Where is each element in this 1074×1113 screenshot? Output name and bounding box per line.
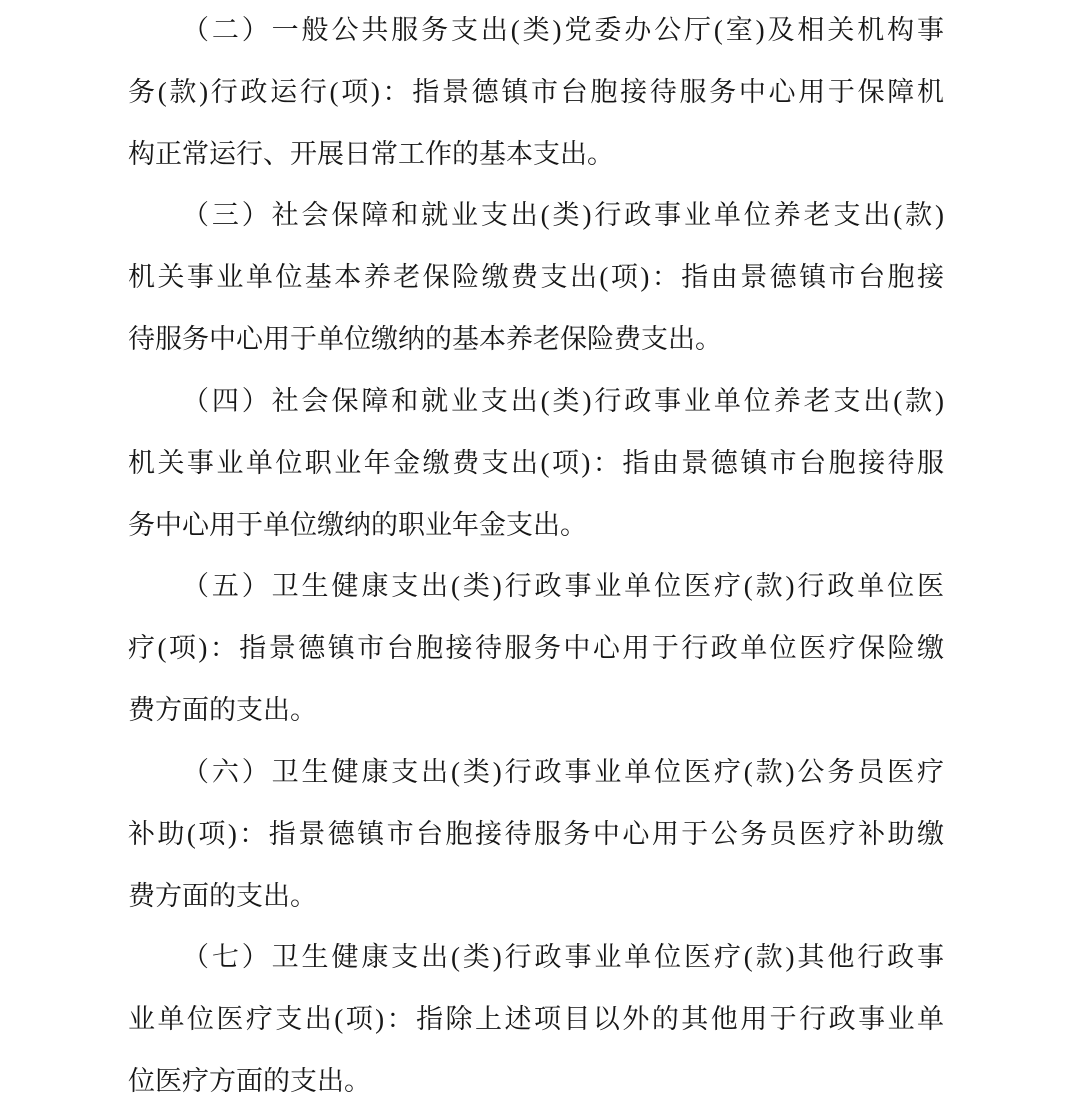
- document-body: （二）一般公共服务支出(类)党委办公厅(室)及相关机构事务(款)行政运行(项)：…: [128, 0, 944, 1113]
- paragraph: （七）卫生健康支出(类)行政事业单位医疗(款)其他行政事业单位医疗支出(项)：指…: [128, 927, 944, 1112]
- text-line: （六）卫生健康支出(类)行政事业单位医疗(款)公务员医疗: [128, 742, 944, 804]
- text-line: 构正常运行、开展日常工作的基本支出。: [128, 124, 944, 186]
- text-line: 务(款)行政运行(项)：指景德镇市台胞接待服务中心用于保障机: [128, 62, 944, 124]
- paragraph: （三）社会保障和就业支出(类)行政事业单位养老支出(款)机关事业单位基本养老保险…: [128, 185, 944, 370]
- text-line: （七）卫生健康支出(类)行政事业单位医疗(款)其他行政事: [128, 927, 944, 989]
- text-line: （四）社会保障和就业支出(类)行政事业单位养老支出(款): [128, 371, 944, 433]
- text-line: 费方面的支出。: [128, 866, 944, 928]
- text-line: 费方面的支出。: [128, 680, 944, 742]
- text-line: 机关事业单位职业年金缴费支出(项)：指由景德镇市台胞接待服: [128, 433, 944, 495]
- document-page: （二）一般公共服务支出(类)党委办公厅(室)及相关机构事务(款)行政运行(项)：…: [0, 0, 1074, 1113]
- text-line: 补助(项)：指景德镇市台胞接待服务中心用于公务员医疗补助缴: [128, 804, 944, 866]
- paragraph: （二）一般公共服务支出(类)党委办公厅(室)及相关机构事务(款)行政运行(项)：…: [128, 0, 944, 185]
- text-line: 务中心用于单位缴纳的职业年金支出。: [128, 495, 944, 557]
- text-line: （二）一般公共服务支出(类)党委办公厅(室)及相关机构事: [128, 0, 944, 62]
- text-line: 业单位医疗支出(项)：指除上述项目以外的其他用于行政事业单: [128, 989, 944, 1051]
- text-line: 疗(项)：指景德镇市台胞接待服务中心用于行政单位医疗保险缴: [128, 618, 944, 680]
- paragraph: （五）卫生健康支出(类)行政事业单位医疗(款)行政单位医疗(项)：指景德镇市台胞…: [128, 556, 944, 741]
- text-line: （三）社会保障和就业支出(类)行政事业单位养老支出(款): [128, 185, 944, 247]
- paragraph: （六）卫生健康支出(类)行政事业单位医疗(款)公务员医疗补助(项)：指景德镇市台…: [128, 742, 944, 927]
- text-line: 待服务中心用于单位缴纳的基本养老保险费支出。: [128, 309, 944, 371]
- text-line: 位医疗方面的支出。: [128, 1051, 944, 1113]
- text-line: （五）卫生健康支出(类)行政事业单位医疗(款)行政单位医: [128, 556, 944, 618]
- text-line: 机关事业单位基本养老保险缴费支出(项)：指由景德镇市台胞接: [128, 247, 944, 309]
- paragraph: （四）社会保障和就业支出(类)行政事业单位养老支出(款)机关事业单位职业年金缴费…: [128, 371, 944, 556]
